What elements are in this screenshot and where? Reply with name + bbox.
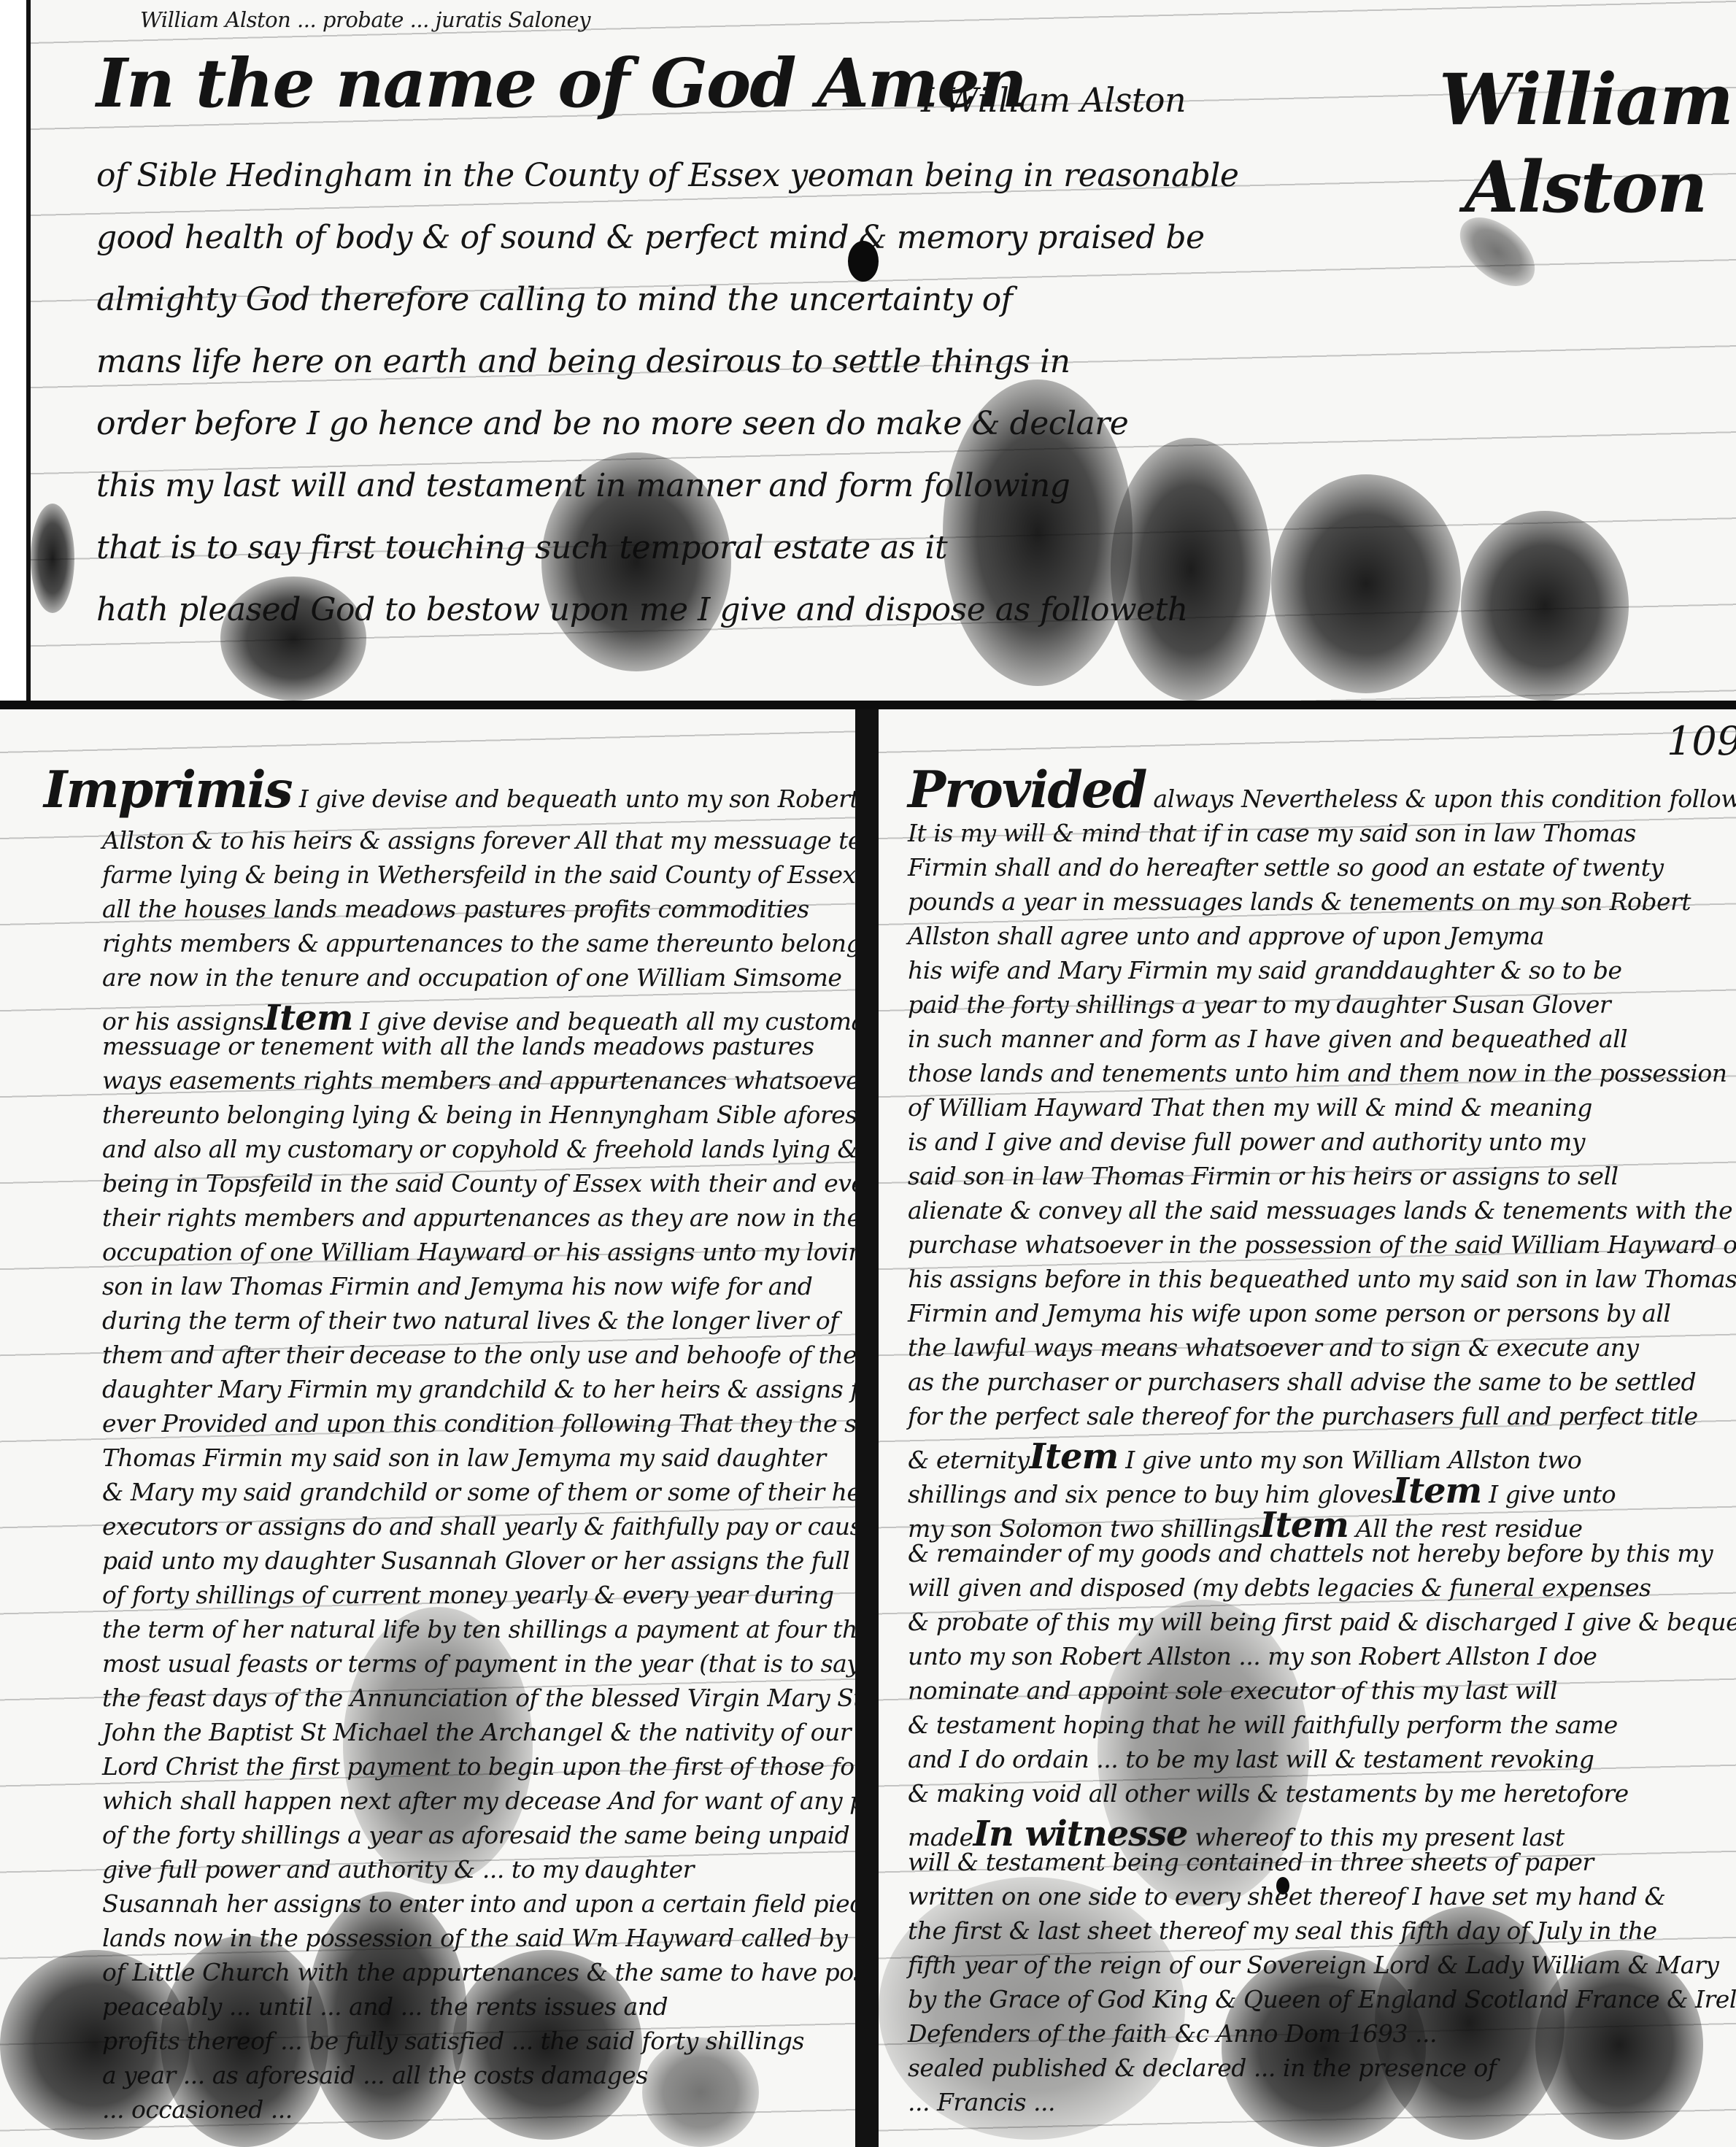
- horizontal-divider: [0, 701, 1736, 709]
- text-line: mans life here on earth and being desiro…: [96, 343, 1070, 380]
- text-line: Thomas Firmin my said son in law Jemyma …: [102, 1443, 826, 1472]
- line-text: I give devise and bequeath unto my son R…: [292, 785, 859, 813]
- text-line: his wife and Mary Firmin my said grandda…: [908, 956, 1622, 984]
- ink-blot: [220, 577, 366, 701]
- ink-blot: [1535, 1950, 1703, 2140]
- text-line: of forty shillings of current money year…: [102, 1581, 833, 1609]
- text-line: Provided always Nevertheless & upon this…: [908, 760, 1736, 820]
- line-text: always Nevertheless & upon this conditio…: [1146, 785, 1736, 813]
- margin-name-first: William: [1439, 58, 1732, 141]
- text-line: of Sible Hedingham in the County of Esse…: [96, 157, 1238, 194]
- text-line: paid unto my daughter Susannah Glover or…: [102, 1546, 906, 1575]
- ink-blot: [306, 1892, 467, 2140]
- text-line: farme lying & being in Wethersfeild in t…: [102, 860, 915, 889]
- text-line: are now in the tenure and occupation of …: [102, 963, 841, 992]
- text-line: son in law Thomas Firmin and Jemyma his …: [102, 1272, 812, 1300]
- text-line: is and I give and devise full power and …: [908, 1128, 1585, 1156]
- text-line: Imprimis I give devise and bequeath unto…: [44, 760, 859, 820]
- text-line: in such manner and form as I have given …: [908, 1025, 1627, 1053]
- text-line: paid the forty shillings a year to my da…: [908, 990, 1610, 1019]
- provided-keyword: Provided: [908, 760, 1146, 820]
- text-line: & remainder of my goods and chattels not…: [908, 1539, 1713, 1568]
- text-line: that is to say first touching such tempo…: [96, 529, 947, 566]
- text-line: Firmin shall and do hereafter settle so …: [908, 853, 1664, 882]
- text-line: Firmin and Jemyma his wife upon some per…: [908, 1299, 1670, 1327]
- text-line: said son in law Thomas Firmin or his hei…: [908, 1162, 1619, 1190]
- text-line: all the houses lands meadows pastures pr…: [102, 895, 809, 923]
- text-line: pounds a year in messuages lands & tenem…: [908, 887, 1691, 916]
- text-line: of William Hayward That then my will & m…: [908, 1093, 1592, 1122]
- page-number: 109: [1667, 718, 1736, 764]
- text-line: executors or assigns do and shall yearly…: [102, 1512, 943, 1541]
- text-line: and also all my customary or copyhold & …: [102, 1135, 858, 1163]
- text-line: for the perfect sale thereof for the pur…: [908, 1402, 1698, 1430]
- text-line: & Mary my said grandchild or some of the…: [102, 1478, 891, 1506]
- text-line: them and after their decease to the only…: [102, 1341, 876, 1369]
- text-line: ever Provided and upon this condition fo…: [102, 1409, 892, 1438]
- margin-name-surname: Alston: [1465, 146, 1706, 228]
- text-line: It is my will & mind that if in case my …: [908, 819, 1636, 847]
- text-line: the lawful ways means whatsoever and to …: [908, 1333, 1639, 1362]
- text-line: almighty God therefore calling to mind t…: [96, 281, 1012, 318]
- ink-blot: [1375, 1906, 1565, 2140]
- text-line: will given and disposed (my debts legaci…: [908, 1573, 1651, 1602]
- vertical-divider: [855, 709, 879, 2147]
- invocation-heading: In the name of God Amen: [96, 44, 1026, 123]
- text-line: alienate & convey all the said messuages…: [908, 1196, 1736, 1225]
- testator-name-line: I William Alston: [921, 80, 1186, 120]
- ink-dot: [848, 241, 879, 282]
- ink-blot: [1271, 474, 1461, 693]
- probate-header-line: William Alston ... probate ... juratis S…: [140, 7, 590, 32]
- imprimis-keyword: Imprimis: [44, 760, 292, 820]
- text-line: those lands and tenements unto him and t…: [908, 1059, 1727, 1087]
- text-line: his assigns before in this bequeathed un…: [908, 1265, 1736, 1293]
- ink-stain: [1097, 1600, 1309, 1906]
- text-line: during the term of their two natural liv…: [102, 1306, 838, 1335]
- text-line: messuage or tenement with all the lands …: [102, 1032, 814, 1060]
- ink-blot: [161, 1935, 328, 2147]
- text-line: occupation of one William Hayward or his…: [102, 1238, 879, 1266]
- will-opening-panel: William Alston ... probate ... juratis S…: [26, 0, 1736, 701]
- ink-blot: [1461, 511, 1629, 701]
- text-line: thereunto belonging lying & being in Hen…: [102, 1101, 893, 1129]
- text-line: purchase whatsoever in the possession of…: [908, 1230, 1736, 1259]
- ink-blot: [943, 379, 1133, 686]
- left-page: Imprimis I give devise and bequeath unto…: [0, 709, 855, 2147]
- text-line: daughter Mary Firmin my grandchild & to …: [102, 1375, 884, 1403]
- text-line: ways easements rights members and appurt…: [102, 1066, 871, 1095]
- text-line: being in Topsfeild in the said County of…: [102, 1169, 919, 1198]
- ink-blot: [541, 452, 731, 671]
- ink-blot: [31, 504, 74, 613]
- right-page: 109 Provided always Nevertheless & upon …: [879, 709, 1736, 2147]
- ink-blot: [452, 1950, 642, 2140]
- text-line: Allston & to his heirs & assigns forever…: [102, 826, 984, 855]
- text-line: & probate of this my will being first pa…: [908, 1608, 1736, 1636]
- ink-stain: [879, 1877, 1185, 2140]
- ink-blot: [1111, 438, 1271, 701]
- ink-blot: [642, 2038, 759, 2147]
- text-line: good health of body & of sound & perfect…: [96, 219, 1205, 256]
- ink-stain: [343, 1607, 533, 1884]
- ink-dot: [1276, 1877, 1289, 1894]
- text-line: as the purchaser or purchasers shall adv…: [908, 1368, 1696, 1396]
- text-line: Allston shall agree unto and approve of …: [908, 922, 1544, 950]
- text-line: Susannah her assigns to enter into and u…: [102, 1889, 906, 1918]
